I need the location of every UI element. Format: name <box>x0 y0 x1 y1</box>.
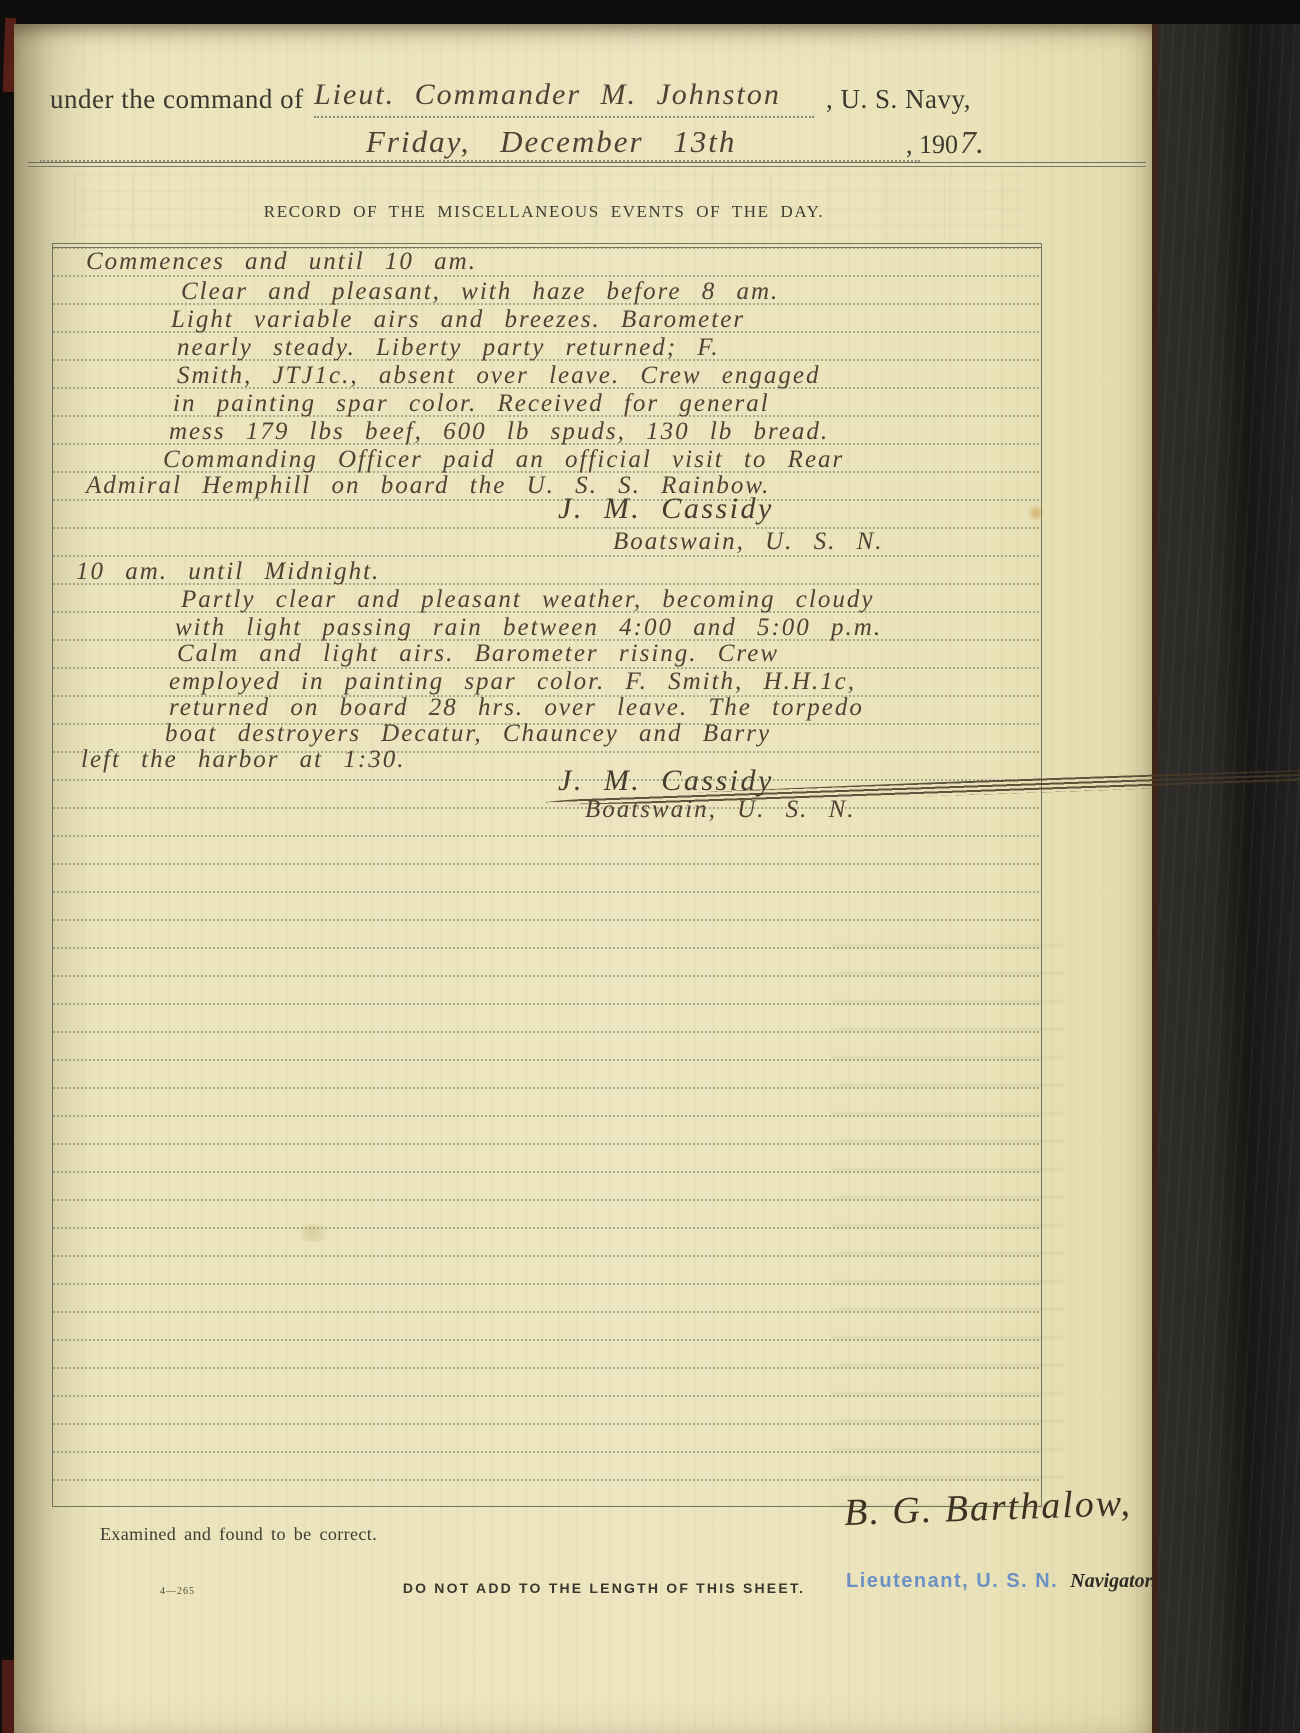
sheet-length-warning: DO NOT ADD TO THE LENGTH OF THIS SHEET. <box>394 1580 814 1596</box>
navigator-signature: B. G. Barthalow, <box>843 1481 1132 1535</box>
entry1-signature-title: Boatswain, U. S. N. <box>613 528 884 556</box>
logbook-scan: under the command of Lieut. Commander M.… <box>0 0 1300 1733</box>
entry2-line: Calm and light airs. Barometer rising. C… <box>177 640 779 668</box>
entry1-line: mess 179 lbs beef, 600 lb spuds, 130 lb … <box>169 418 829 446</box>
entry1-heading: Commences and until 10 am. <box>86 248 477 276</box>
entry1-line: Commanding Officer paid an official visi… <box>163 446 844 474</box>
spine-edge-bottom <box>2 1660 14 1733</box>
lieutenant-stamp: Lieutenant, U. S. N. <box>846 1570 1058 1592</box>
navigator-label: Navigator. <box>1070 1570 1156 1592</box>
events-record-box: Commences and until 10 am. Clear and ple… <box>52 243 1042 1507</box>
entry2-line: returned on board 28 hrs. over leave. Th… <box>169 694 864 722</box>
entry2-line: left the harbor at 1:30. <box>81 746 405 774</box>
date-handwritten: Friday, December 13th <box>366 124 736 160</box>
entry1-line: Light variable airs and breezes. Baromet… <box>171 306 745 334</box>
section-title: RECORD OF THE MISCELLANEOUS EVENTS OF TH… <box>14 202 1074 222</box>
command-prefix-label: under the command of <box>50 84 304 115</box>
form-number: 4—265 <box>160 1586 195 1597</box>
entry2-line: Partly clear and pleasant weather, becom… <box>181 586 874 614</box>
book-cover-background <box>1152 0 1300 1733</box>
navy-label: , U. S. Navy, <box>826 84 971 115</box>
paper-stain <box>293 1224 333 1242</box>
entry1-signature: J. M. Cassidy <box>558 492 774 526</box>
entry1-line: nearly steady. Liberty party returned; F… <box>177 334 720 362</box>
scan-background-left <box>0 0 13 1733</box>
examined-statement: Examined and found to be correct. <box>100 1524 377 1545</box>
entry1-line: Smith, JTJ1c., absent over leave. Crew e… <box>177 362 821 390</box>
paper-stain <box>1025 506 1047 520</box>
year-printed-label: , 190 <box>906 130 958 160</box>
scan-background-top <box>0 0 1300 24</box>
logbook-page: under the command of Lieut. Commander M.… <box>14 24 1158 1733</box>
entry2-heading: 10 am. until Midnight. <box>76 558 380 586</box>
commander-name-handwritten: Lieut. Commander M. Johnston <box>314 78 814 118</box>
entry2-signature-crossed-out: J. M. Cassidy <box>558 764 1300 798</box>
entry2-line: with light passing rain between 4:00 and… <box>175 614 882 642</box>
entry1-line: in painting spar color. Received for gen… <box>173 390 770 418</box>
rank-stamp-line: Lieutenant, U. S. N. Navigator. <box>846 1570 1156 1593</box>
entry2-signature-title: Boatswain, U. S. N. <box>585 796 856 824</box>
entry2-line: employed in painting spar color. F. Smit… <box>169 668 856 696</box>
year-handwritten: 7. <box>960 124 984 161</box>
entry1-line: Clear and pleasant, with haze before 8 a… <box>181 278 779 306</box>
header-divider-rule <box>28 162 1146 163</box>
entry2-line: boat destroyers Decatur, Chauncey and Ba… <box>165 720 771 748</box>
bleed-through-marks <box>833 944 1063 1524</box>
